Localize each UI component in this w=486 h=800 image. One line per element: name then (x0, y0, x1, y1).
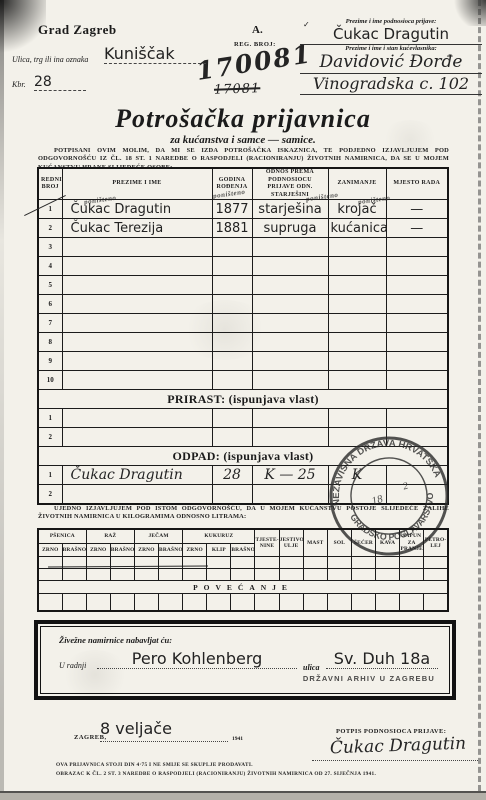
household-row-workplace (386, 333, 448, 352)
prirast-row-workplace (386, 409, 448, 428)
prirast-row-relation (252, 428, 328, 447)
household-row-num: 9 (38, 352, 62, 371)
shop-street-label: ulica (303, 663, 319, 672)
household-row: 5 (38, 276, 448, 295)
odpad-row-name (62, 485, 212, 505)
household-row-num: 5 (38, 276, 62, 295)
supplies-cell (327, 569, 351, 581)
household-row-occupation (328, 238, 386, 257)
supplies-increase-row: POVEĆANJE (38, 581, 448, 594)
prirast-row-num: 2 (38, 428, 62, 447)
owner-name-value: Davidović Đorđe (300, 52, 482, 74)
supplies-cell (303, 557, 327, 569)
household-row-year (212, 295, 252, 314)
supplies-cell (279, 569, 303, 581)
supplies-cell (134, 569, 158, 581)
household-row-year (212, 276, 252, 295)
shop-street-value: Sv. Duh 18a (326, 649, 438, 669)
household-row-relation: starješina (252, 200, 328, 219)
prirast-label-row: PRIRAST: (ispunjava vlast) (38, 390, 448, 409)
street-label: Ulica, trg ili ina oznaka (12, 55, 88, 64)
household-row: 6 (38, 295, 448, 314)
household-row-name (62, 276, 212, 295)
odpad-row-relation (252, 485, 328, 505)
supplies-cell (424, 569, 448, 581)
household-row-relation (252, 371, 328, 390)
household-row-workplace: — (386, 219, 448, 238)
footnote-regulation: OBRAZAC K ČL. 2 ST. 3 NAREDBE O RASPODJE… (56, 771, 436, 777)
footnote-price: OVA PRIJAVNICA STOJI DIN 4·75 I NE SMIJE… (56, 762, 436, 768)
household-row: 8 (38, 333, 448, 352)
household-row-workplace (386, 371, 448, 390)
household-row-occupation: kućanica (328, 219, 386, 238)
supplies-cell (231, 569, 255, 581)
col-header-mjestorada: MJESTO RADA (386, 168, 448, 200)
supplies-cell (207, 557, 231, 569)
household-row-name (62, 352, 212, 371)
supplies-cell (183, 557, 207, 569)
date-line (100, 741, 228, 742)
household-row-num: 7 (38, 314, 62, 333)
household-row-workplace (386, 238, 448, 257)
purchase-box-inner: Živežne namirnice nabavljat ću: U radnji… (40, 626, 450, 694)
supplies-table: PŠENICARAŽJEČAMKUKURUZTJESTE- NINEJESTIV… (37, 528, 449, 612)
supplies-cell (255, 594, 279, 612)
supplies-col-šećer: ŠEĆER (351, 529, 375, 557)
applicant-block: Prezime i ime podnosioca prijave: Čukac … (300, 18, 482, 95)
house-number-label: Kbr. (12, 80, 26, 89)
supplies-subcol-zrno: ZRNO (86, 544, 110, 557)
supplies-cell (183, 594, 207, 612)
supplies-cell (400, 557, 424, 569)
supplies-cell (110, 557, 134, 569)
household-row: 7 (38, 314, 448, 333)
shop-value: Pero Kohlenberg (97, 649, 297, 669)
odpad-row-relation: K — 25 (252, 466, 328, 485)
supplies-cell (38, 557, 62, 569)
household-row-relation (252, 276, 328, 295)
prirast-row-relation (252, 409, 328, 428)
household-row-relation (252, 314, 328, 333)
household-row-name (62, 238, 212, 257)
supplies-col-petrolej: PETRO- LEJ (424, 529, 448, 557)
household-row-year (212, 371, 252, 390)
form-subtitle: za kućanstva i samce — samice. (0, 134, 486, 146)
supplies-subcol-zrno: ZRNO (183, 544, 207, 557)
supplies-subcol-brašno: BRAŠNO (231, 544, 255, 557)
supplies-cell (231, 594, 255, 612)
stamp-center-right: 2 (402, 481, 410, 493)
supplies-col-tjestenine: TJESTE- NINE (255, 529, 279, 557)
household-row-year: 1877 (212, 200, 252, 219)
supplies-data-row (38, 594, 448, 612)
supplies-cell (62, 569, 86, 581)
household-row: 10 (38, 371, 448, 390)
date-value: 8 veljače (100, 719, 220, 738)
signature-value: Čukac Dragutin (318, 733, 479, 759)
household-row-year (212, 314, 252, 333)
prirast-row: 1 (38, 409, 448, 428)
supplies-cell (279, 594, 303, 612)
household-row-name (62, 295, 212, 314)
household-row-occupation (328, 295, 386, 314)
supplies-col-mast: MAST (303, 529, 327, 557)
household-row: 4 (38, 257, 448, 276)
supplies-cell (134, 594, 158, 612)
household-row-num: 10 (38, 371, 62, 390)
supplies-cell (38, 594, 62, 612)
supplies-cell (279, 557, 303, 569)
prirast-row-year (212, 428, 252, 447)
household-row-workplace (386, 276, 448, 295)
prirast-row-name (62, 409, 212, 428)
supplies-subcol-klip: KLIP (207, 544, 231, 557)
supplies-subcol-zrno: ZRNO (134, 544, 158, 557)
supplies-col-raž: RAŽ (86, 529, 134, 544)
supplies-subcol-brašno: BRAŠNO (159, 544, 183, 557)
supplies-table-body: POVEĆANJE (38, 557, 448, 612)
supplies-cell (207, 594, 231, 612)
supplies-cell (159, 569, 183, 581)
odpad-row-num: 2 (38, 485, 62, 505)
household-row-relation (252, 352, 328, 371)
household-row: 9 (38, 352, 448, 371)
supplies-cell (62, 594, 86, 612)
supplies-cell (183, 569, 207, 581)
supplies-cell (207, 569, 231, 581)
household-row-occupation (328, 333, 386, 352)
supplies-col-sol: SOL (327, 529, 351, 557)
household-row-occupation (328, 314, 386, 333)
supplies-col-kava: KAVA (376, 529, 400, 557)
household-row-workplace (386, 257, 448, 276)
supplies-cell (424, 557, 448, 569)
odpad-row-year (212, 485, 252, 505)
household-row-occupation (328, 257, 386, 276)
household-row-workplace (386, 295, 448, 314)
household-row-year (212, 238, 252, 257)
supplies-cell (303, 569, 327, 581)
household-row-num: 2 (38, 219, 62, 238)
prirast-label: PRIRAST: (ispunjava vlast) (38, 390, 448, 409)
col-header-prezime: PREZIME I IME (62, 168, 212, 200)
household-row-occupation (328, 276, 386, 295)
household-row-year (212, 352, 252, 371)
supplies-cell (62, 557, 86, 569)
supplies-col-ječam: JEČAM (134, 529, 182, 544)
signature-line (312, 760, 478, 761)
supplies-data-row (38, 569, 448, 581)
supplies-cell (400, 569, 424, 581)
supplies-subcol-brašno: BRAŠNO (62, 544, 86, 557)
supplies-cell (86, 594, 110, 612)
odpad-row-name: Čukac Dragutin (62, 466, 212, 485)
household-row-workplace (386, 314, 448, 333)
street-value: Kuniščak (104, 44, 206, 64)
household-row-workplace: — (386, 200, 448, 219)
household-row-num: 4 (38, 257, 62, 276)
applicant-value: Čukac Dragutin (300, 25, 482, 45)
household-row-workplace (386, 352, 448, 371)
supplies-subcol-zrno: ZRNO (38, 544, 62, 557)
supplies-cell (376, 594, 400, 612)
household-row-name (62, 314, 212, 333)
household-row-relation: supruga (252, 219, 328, 238)
household-row-num: 6 (38, 295, 62, 314)
purchase-title: Živežne namirnice nabavljat ću: (59, 635, 172, 645)
supplies-cell (255, 557, 279, 569)
prirast-row-name (62, 428, 212, 447)
household-row-occupation (328, 371, 386, 390)
supplies-cell (86, 557, 110, 569)
odpad-row-num: 1 (38, 466, 62, 485)
prirast-row-num: 1 (38, 409, 62, 428)
supplies-data-row (38, 557, 448, 569)
supplies-cell (303, 594, 327, 612)
supplies-cell (376, 557, 400, 569)
declaration-paragraph-2: UJEDNO IZJAVLJUJEM POD ISTOM ODGOVORNOŠĆ… (38, 505, 449, 522)
form-title: Potrošačka prijavnica (0, 104, 486, 134)
supplies-cell (327, 594, 351, 612)
supplies-cell (327, 557, 351, 569)
house-number-value: 28 (34, 74, 86, 91)
owner-address-value: Vinogradska c. 102 (300, 74, 482, 95)
household-row-relation (252, 238, 328, 257)
supplies-cell (86, 569, 110, 581)
household-row-num: 3 (38, 238, 62, 257)
household-row: 3 (38, 238, 448, 257)
household-row-name (62, 257, 212, 276)
household-row-name: Čukac Terezija (62, 219, 212, 238)
household-row-relation (252, 257, 328, 276)
household-row-year (212, 257, 252, 276)
prirast-row-occupation (328, 409, 386, 428)
supplies-cell (376, 569, 400, 581)
form-page: Grad Zagreb A. REG. BROJ: 170081 17081 U… (0, 0, 486, 800)
household-row-relation (252, 333, 328, 352)
supplies-col-pšenica: PŠENICA (38, 529, 86, 544)
supplies-col-jestivoulje: JESTIVO ULJE (279, 529, 303, 557)
supplies-cell (424, 594, 448, 612)
prirast-row-year (212, 409, 252, 428)
year-printed: 1941 (232, 736, 243, 742)
household-row: 2Čukac Terezija1881suprugakućanica— (38, 219, 448, 238)
supplies-cell (351, 557, 375, 569)
household-row-name (62, 333, 212, 352)
applicant-label: Prezime i ime podnosioca prijave: (300, 18, 482, 25)
col-header-rednibroj: REDNI BROJ (38, 168, 62, 200)
supplies-increase-label: POVEĆANJE (38, 581, 448, 594)
purchase-box: Živežne namirnice nabavljat ću: U radnji… (34, 620, 456, 700)
supplies-cell (159, 557, 183, 569)
household-row-num: 8 (38, 333, 62, 352)
archive-stamp: DRŽAVNI ARHIV U ZAGREBU (303, 674, 435, 683)
household-row-relation (252, 295, 328, 314)
supplies-col-kukuruz: KUKURUZ (183, 529, 255, 544)
scan-bottom-edge (0, 791, 486, 800)
supplies-col-sapunzapranje: SAPUN ZA PRANJE (400, 529, 424, 557)
odpad-row-year: 28 (212, 466, 252, 485)
supplies-cell (400, 594, 424, 612)
household-row-name (62, 371, 212, 390)
supplies-cell (38, 569, 62, 581)
supplies-cell (159, 594, 183, 612)
household-row-occupation (328, 352, 386, 371)
reg-number-old-value: 17081 (214, 81, 261, 98)
supplies-cell (351, 594, 375, 612)
owner-label: Prezime i ime i stan kućevlasnika: (300, 45, 482, 52)
shop-label: U radnji (59, 661, 86, 670)
supplies-table-header: PŠENICARAŽJEČAMKUKURUZTJESTE- NINEJESTIV… (38, 529, 448, 557)
household-rows: 1Čukac Dragutin1877starješinakrojač—2Čuk… (38, 200, 448, 390)
supplies-cell (110, 569, 134, 581)
supplies-cell (255, 569, 279, 581)
supplies-cell (351, 569, 375, 581)
city-title: Grad Zagreb (38, 22, 117, 38)
household-row-year (212, 333, 252, 352)
supplies-subcol-brašno: BRAŠNO (110, 544, 134, 557)
section-letter: A. (252, 24, 263, 36)
supplies-cell (110, 594, 134, 612)
supplies-cell (231, 557, 255, 569)
household-row-year: 1881 (212, 219, 252, 238)
supplies-cell (134, 557, 158, 569)
